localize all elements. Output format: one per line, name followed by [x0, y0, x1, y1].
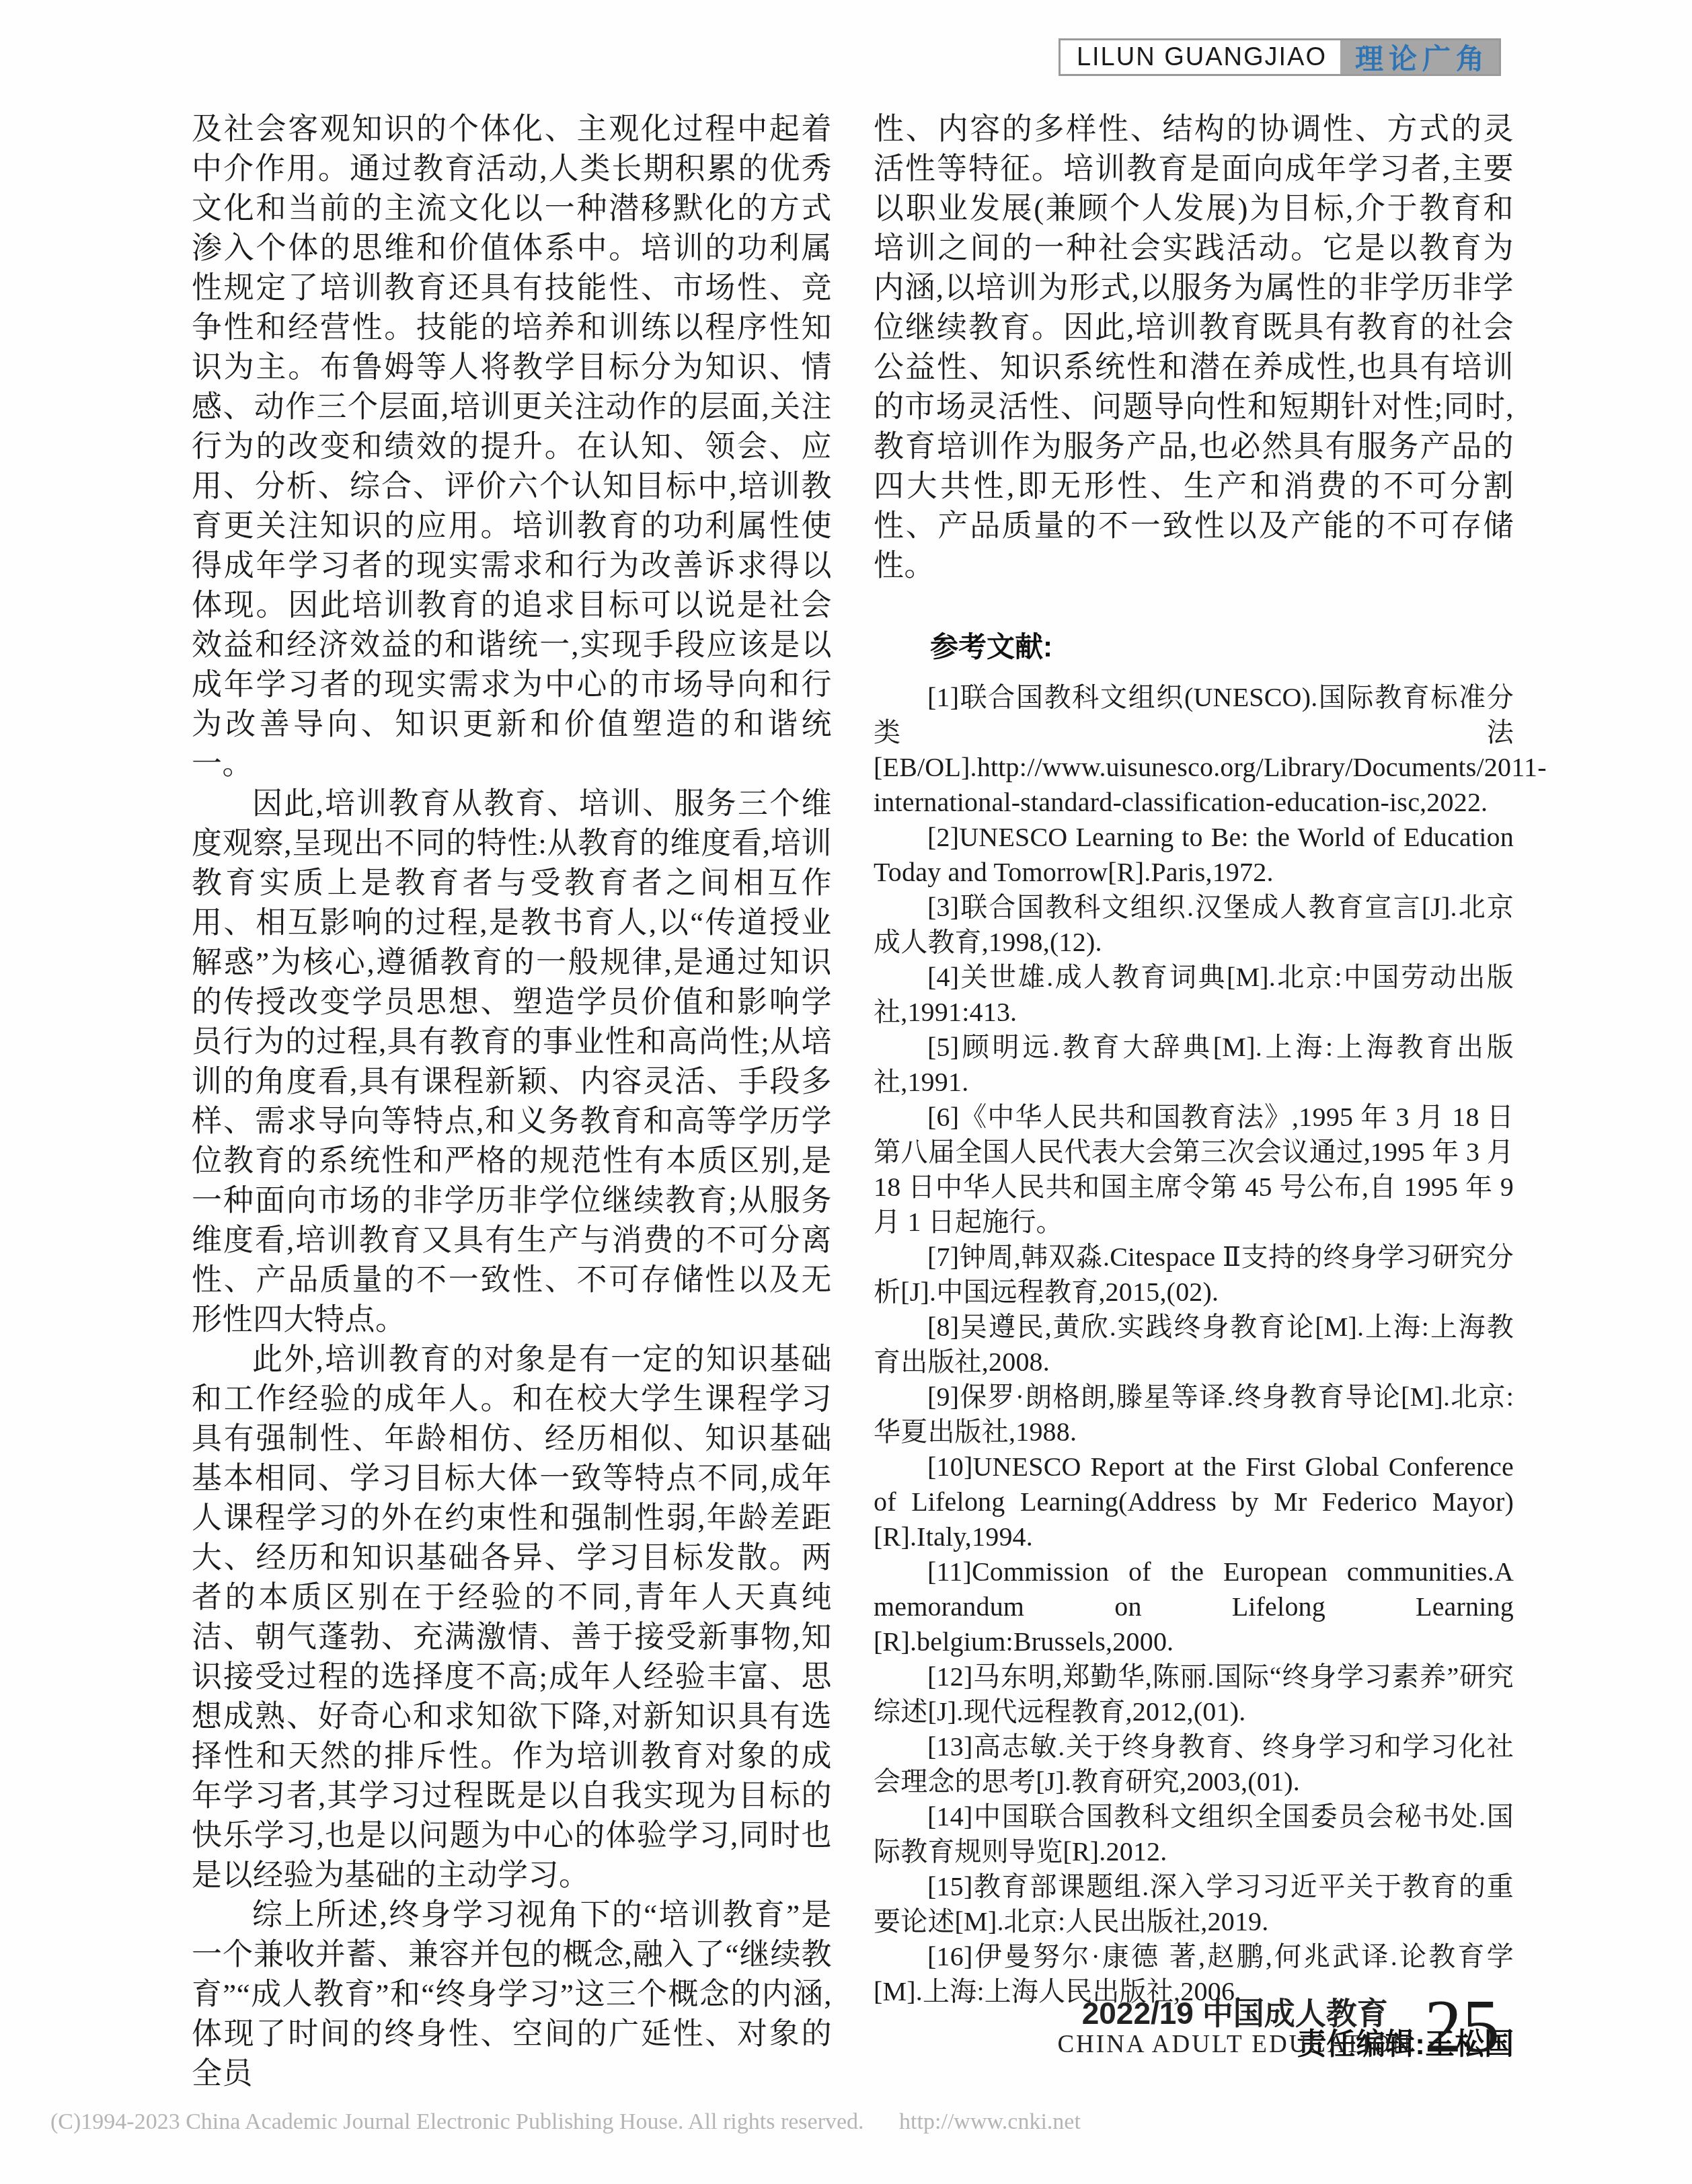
- reference-item: [7]钟周,韩双淼.Citespace Ⅱ支持的终身学习研究分析[J].中国远程…: [874, 1240, 1514, 1310]
- left-column: 及社会客观知识的个体化、主观化过程中起着中介作用。通过教育活动,人类长期积累的优…: [192, 110, 832, 2094]
- reference-item: [9]保罗·朗格朗,滕星等译.终身教育导论[M].北京:华夏出版社,1988.: [874, 1380, 1514, 1449]
- body-paragraph: 综上所述,终身学习视角下的“培训教育”是一个兼收并蓄、兼容并包的概念,融入了“继…: [192, 1895, 832, 2094]
- reference-item: [13]高志敏.关于终身教育、终身学习和学习化社会理念的思考[J].教育研究,2…: [874, 1729, 1514, 1799]
- reference-item: [12]马东明,郑勤华,陈丽.国际“终身学习素养”研究综述[J].现代远程教育,…: [874, 1659, 1514, 1729]
- reference-item: [3]联合国教科文组织.汉堡成人教育宣言[J].北京成人教育,1998,(12)…: [874, 890, 1514, 960]
- reference-item: [4]关世雄.成人教育词典[M].北京:中国劳动出版社,1991:413.: [874, 960, 1514, 1030]
- references-heading: 参考文献:: [874, 630, 1514, 664]
- body-paragraph: 及社会客观知识的个体化、主观化过程中起着中介作用。通过教育活动,人类长期积累的优…: [192, 110, 832, 784]
- section-header: LILUN GUANGJIAO 理论广角: [1059, 38, 1501, 76]
- reference-item: [8]吴遵民,黄欣.实践终身教育论[M].上海:上海教育出版社,2008.: [874, 1310, 1514, 1380]
- reference-item: [14]中国联合国教科文组织全国委员会秘书处.国际教育规则导览[R].2012.: [874, 1799, 1514, 1869]
- reference-item: [1]联合国教科文组织(UNESCO).国际教育标准分类法[EB/OL].htt…: [874, 680, 1514, 820]
- body-paragraph: 此外,培训教育的对象是有一定的知识基础和工作经验的成年人。和在校大学生课程学习具…: [192, 1340, 832, 1895]
- journal-issue-cn: 2022/19 中国成人教育: [1057, 1996, 1412, 2031]
- body-paragraph: 因此,培训教育从教育、培训、服务三个维度观察,呈现出不同的特性:从教育的维度看,…: [192, 784, 832, 1340]
- page-number: 25: [1424, 1994, 1500, 2059]
- copyright-text: (C)1994-2023 China Academic Journal Elec…: [50, 2109, 864, 2134]
- journal-name-en: CHINA ADULT EDUCATION: [1057, 2031, 1412, 2059]
- cnki-url: http://www.cnki.net: [899, 2109, 1081, 2134]
- copyright-line: (C)1994-2023 China Academic Journal Elec…: [50, 2109, 1081, 2135]
- body-paragraph: 性、内容的多样性、结构的协调性、方式的灵活性等特征。培训教育是面向成年学习者,主…: [874, 110, 1514, 586]
- journal-page: LILUN GUANGJIAO 理论广角 及社会客观知识的个体化、主观化过程中起…: [0, 0, 1692, 2184]
- reference-item: [10]UNESCO Report at the First Global Co…: [874, 1449, 1514, 1554]
- section-badge: 理论广角: [1340, 40, 1499, 74]
- journal-issue-block: 2022/19 中国成人教育 CHINA ADULT EDUCATION: [1057, 1996, 1412, 2059]
- reference-item: [6]《中华人民共和国教育法》,1995 年 3 月 18 日第八届全国人民代表…: [874, 1100, 1514, 1240]
- right-column: 性、内容的多样性、结构的协调性、方式的灵活性等特征。培训教育是面向成年学习者,主…: [874, 110, 1514, 2063]
- reference-item: [15]教育部课题组.深入学习习近平关于教育的重要论述[M].北京:人民出版社,…: [874, 1869, 1514, 1939]
- reference-item: [2]UNESCO Learning to Be: the World of E…: [874, 820, 1514, 890]
- reference-item: [11]Commission of the European communiti…: [874, 1554, 1514, 1659]
- section-pinyin-label: LILUN GUANGJIAO: [1061, 40, 1340, 74]
- page-footer: 2022/19 中国成人教育 CHINA ADULT EDUCATION 25: [1057, 1994, 1500, 2059]
- reference-item: [5]顾明远.教育大辞典[M].上海:上海教育出版社,1991.: [874, 1030, 1514, 1100]
